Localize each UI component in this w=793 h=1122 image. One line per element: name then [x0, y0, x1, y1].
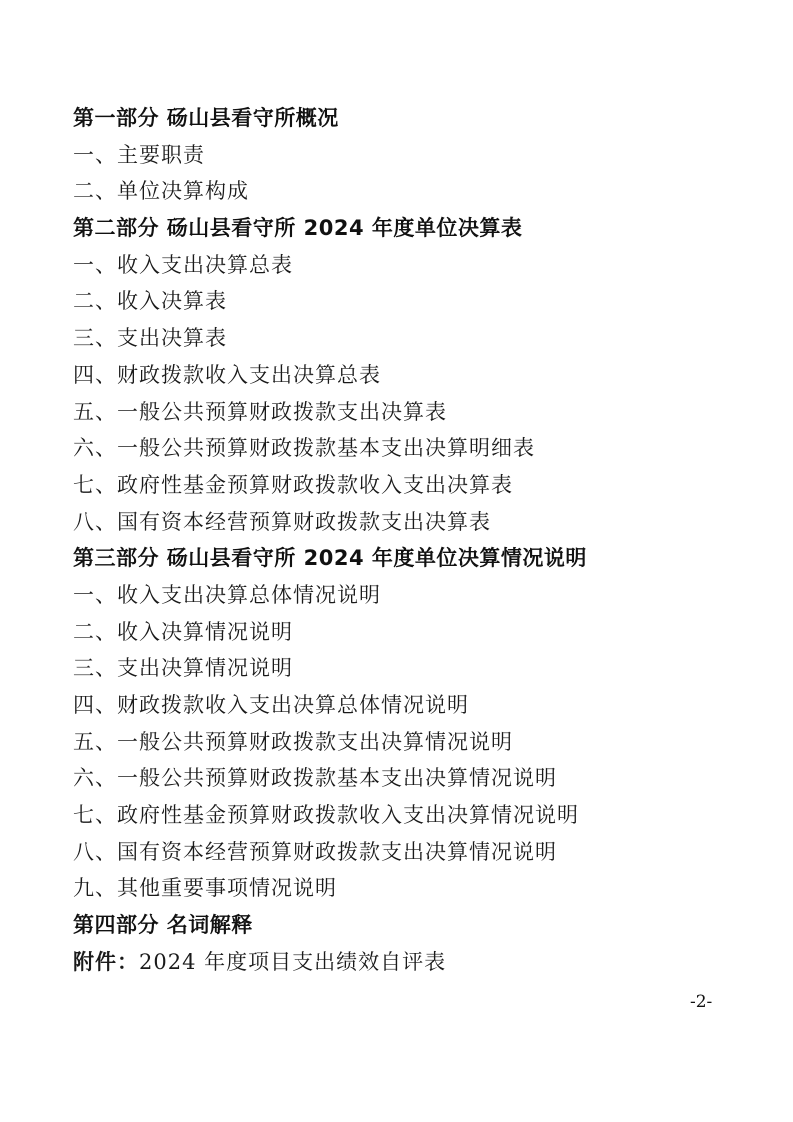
attachment-line: 附件：2024 年度项目支出绩效自评表	[73, 944, 753, 981]
toc-item: 一、主要职责	[73, 137, 753, 174]
part-heading: 第四部分 名词解释	[73, 907, 753, 944]
part-heading: 第三部分 砀山县看守所 2024 年度单位决算情况说明	[73, 540, 753, 577]
toc-item: 六、一般公共预算财政拨款基本支出决算情况说明	[73, 760, 753, 797]
toc-item: 六、一般公共预算财政拨款基本支出决算明细表	[73, 430, 753, 467]
toc-item: 二、收入决算情况说明	[73, 614, 753, 651]
toc-item: 九、其他重要事项情况说明	[73, 870, 753, 907]
toc-item: 三、支出决算情况说明	[73, 650, 753, 687]
attachment-label: 附件：	[73, 950, 139, 974]
toc-item: 四、财政拨款收入支出决算总体情况说明	[73, 687, 753, 724]
part-heading: 第二部分 砀山县看守所 2024 年度单位决算表	[73, 210, 753, 247]
page-number: -2-	[690, 992, 712, 1012]
toc-item: 四、财政拨款收入支出决算总表	[73, 357, 753, 394]
toc-item: 三、支出决算表	[73, 320, 753, 357]
toc-item: 五、一般公共预算财政拨款支出决算情况说明	[73, 724, 753, 761]
toc-item: 五、一般公共预算财政拨款支出决算表	[73, 394, 753, 431]
toc-item: 二、单位决算构成	[73, 173, 753, 210]
toc-item: 一、收入支出决算总体情况说明	[73, 577, 753, 614]
toc-item: 一、收入支出决算总表	[73, 247, 753, 284]
toc-item: 七、政府性基金预算财政拨款收入支出决算表	[73, 467, 753, 504]
table-of-contents: 第一部分 砀山县看守所概况 一、主要职责 二、单位决算构成 第二部分 砀山县看守…	[73, 100, 753, 981]
toc-item: 二、收入决算表	[73, 283, 753, 320]
attachment-text: 2024 年度项目支出绩效自评表	[139, 950, 446, 974]
part-heading: 第一部分 砀山县看守所概况	[73, 100, 753, 137]
toc-item: 七、政府性基金预算财政拨款收入支出决算情况说明	[73, 797, 753, 834]
toc-item: 八、国有资本经营预算财政拨款支出决算情况说明	[73, 834, 753, 871]
toc-item: 八、国有资本经营预算财政拨款支出决算表	[73, 504, 753, 541]
